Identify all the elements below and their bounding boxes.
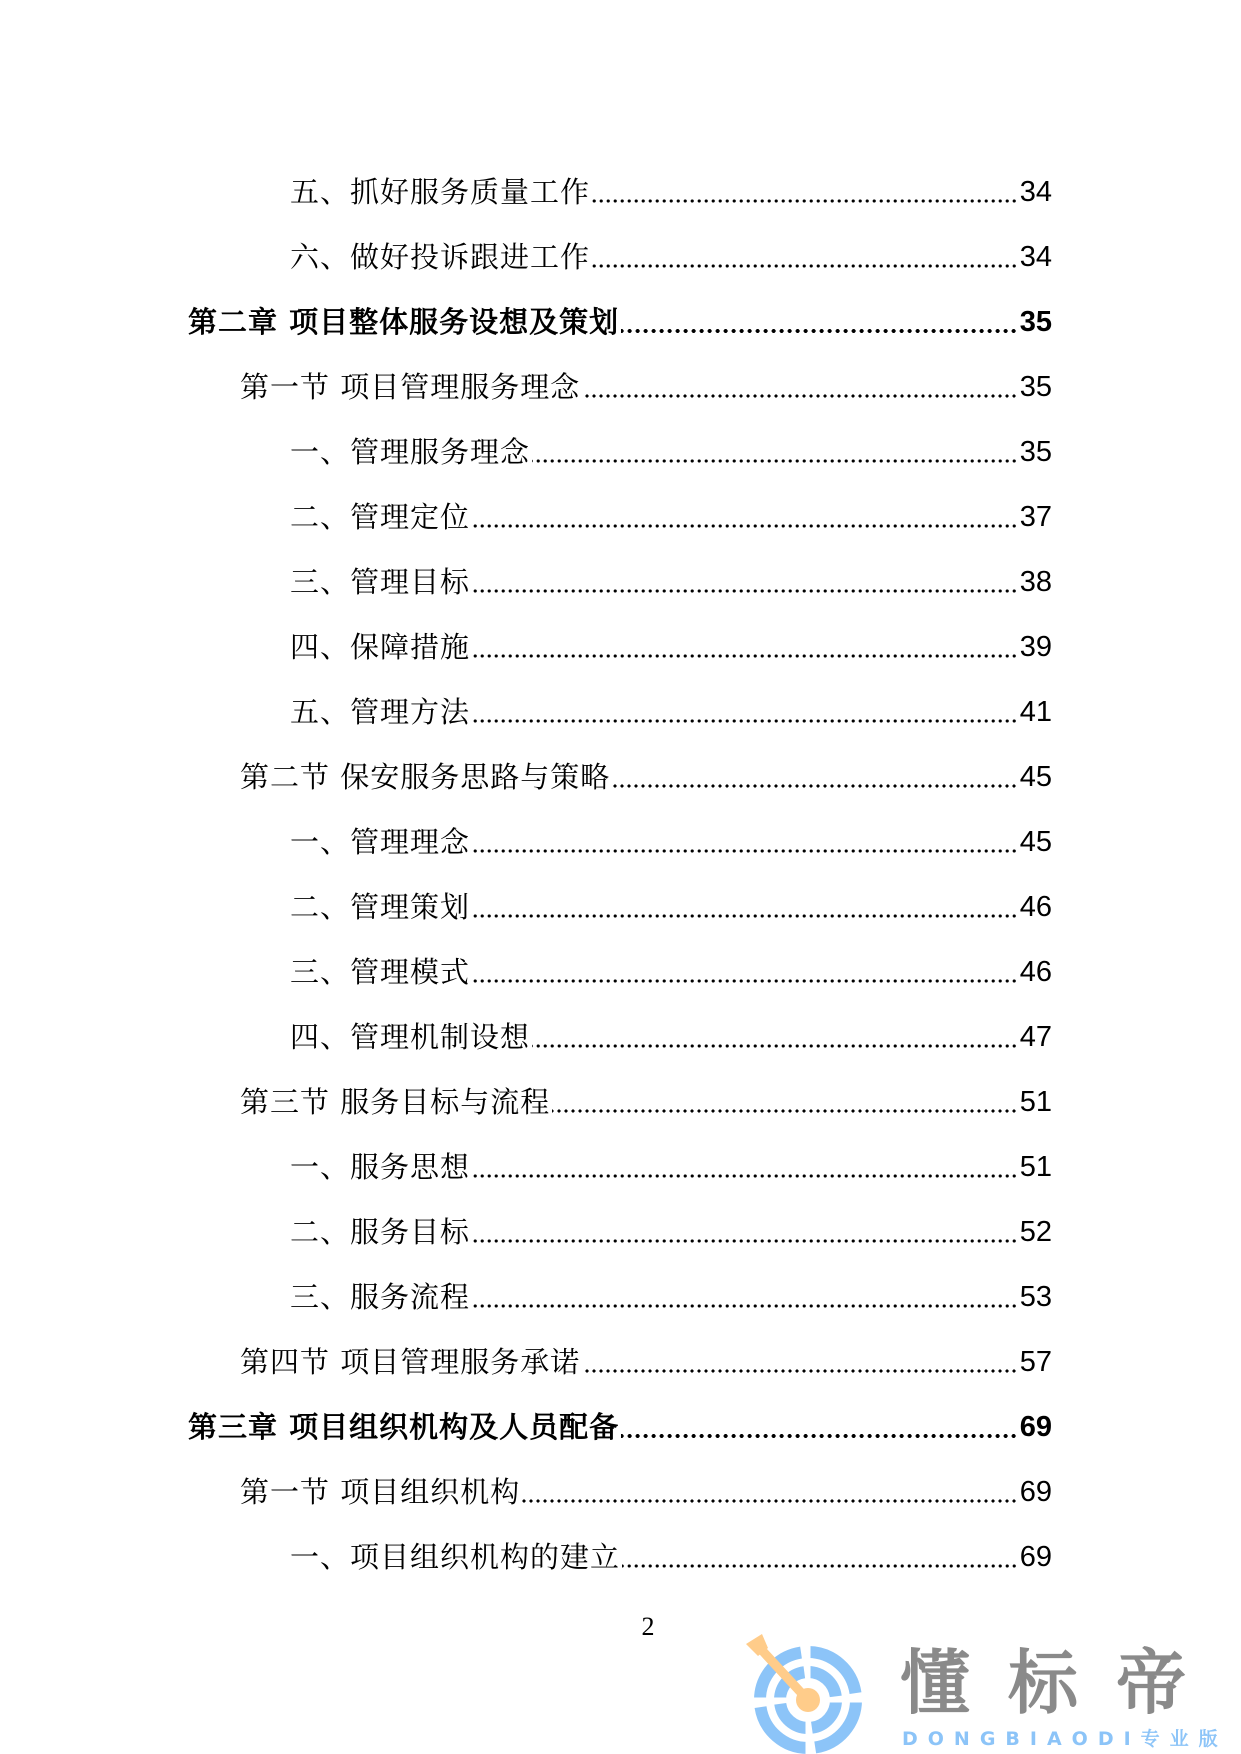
toc-entry-page: 34	[1020, 237, 1052, 277]
dot-leader	[582, 367, 1018, 407]
toc-entry-page: 69	[1020, 1537, 1052, 1577]
toc-entry-title: 第一节 项目管理服务理念	[240, 367, 580, 407]
toc-entry-title: 五、抓好服务质量工作	[290, 172, 590, 212]
dot-leader	[472, 1212, 1018, 1252]
toc-entry[interactable]: 二、管理策划 46	[290, 887, 1052, 927]
toc-section-entry[interactable]: 第一节 项目组织机构 69	[240, 1472, 1052, 1512]
toc-section-entry[interactable]: 第一节 项目管理服务理念 35	[240, 367, 1052, 407]
dot-leader	[621, 302, 1018, 342]
toc-entry[interactable]: 一、管理服务理念 35	[290, 432, 1052, 472]
watermark-subtitle: DONGBIAODI专业版	[902, 1728, 1228, 1750]
toc-entry-title: 第二章 项目整体服务设想及策划	[188, 302, 619, 342]
toc-entry-page: 39	[1020, 627, 1052, 667]
watermark-brand: 懂标帝	[900, 1644, 1224, 1722]
toc-entry-title: 一、管理理念	[290, 822, 470, 862]
dot-leader	[522, 1472, 1018, 1512]
dot-leader	[592, 172, 1018, 212]
toc-entry-page: 69	[1020, 1472, 1052, 1512]
target-arrow-icon	[740, 1630, 880, 1754]
dot-leader	[552, 1082, 1018, 1122]
toc-entry[interactable]: 六、做好投诉跟进工作 34	[290, 237, 1052, 277]
toc-entry-title: 三、服务流程	[290, 1277, 470, 1317]
toc-entry-title: 一、服务思想	[290, 1147, 470, 1187]
toc-entry-title: 二、管理策划	[290, 887, 470, 927]
toc-entry-page: 51	[1020, 1147, 1052, 1187]
toc-section-entry[interactable]: 第二节 保安服务思路与策略 45	[240, 757, 1052, 797]
dot-leader	[621, 1407, 1018, 1447]
toc-entry-title: 三、管理模式	[290, 952, 470, 992]
toc-entry[interactable]: 四、保障措施 39	[290, 627, 1052, 667]
toc-entry[interactable]: 三、管理模式 46	[290, 952, 1052, 992]
toc-entry-title: 二、服务目标	[290, 1212, 470, 1252]
toc-entry-page: 51	[1020, 1082, 1052, 1122]
toc-entry-page: 35	[1020, 367, 1052, 407]
toc-entry[interactable]: 一、管理理念 45	[290, 822, 1052, 862]
toc-entry-page: 46	[1020, 887, 1052, 927]
dot-leader	[622, 1537, 1018, 1577]
toc-entry-title: 四、管理机制设想	[290, 1017, 530, 1057]
toc-entry-title: 二、管理定位	[290, 497, 470, 537]
toc-entry-page: 46	[1020, 952, 1052, 992]
toc-entry[interactable]: 三、管理目标 38	[290, 562, 1052, 602]
toc-entry[interactable]: 四、管理机制设想 47	[290, 1017, 1052, 1057]
toc-entry-page: 35	[1020, 302, 1052, 342]
dot-leader	[472, 627, 1018, 667]
dot-leader	[592, 237, 1018, 277]
toc-section-entry[interactable]: 第三节 服务目标与流程 51	[240, 1082, 1052, 1122]
dot-leader	[532, 432, 1018, 472]
toc-entry-page: 69	[1020, 1407, 1052, 1447]
dot-leader	[472, 497, 1018, 537]
toc-entry[interactable]: 二、管理定位 37	[290, 497, 1052, 537]
toc-entry-page: 41	[1020, 692, 1052, 732]
toc-chapter-entry[interactable]: 第二章 项目整体服务设想及策划 35	[188, 302, 1052, 342]
document-page: 五、抓好服务质量工作 34 六、做好投诉跟进工作 34 第二章 项目整体服务设想…	[0, 0, 1241, 1754]
toc-entry-title: 四、保障措施	[290, 627, 470, 667]
dot-leader	[472, 1277, 1018, 1317]
toc-entry-title: 六、做好投诉跟进工作	[290, 237, 590, 277]
toc-entry-page: 38	[1020, 562, 1052, 602]
toc-entry[interactable]: 三、服务流程 53	[290, 1277, 1052, 1317]
toc-entry-title: 第四节 项目管理服务承诺	[240, 1342, 580, 1382]
toc-section-entry[interactable]: 第四节 项目管理服务承诺 57	[240, 1342, 1052, 1382]
toc-entry-page: 45	[1020, 822, 1052, 862]
dot-leader	[472, 562, 1018, 602]
toc-entry-page: 37	[1020, 497, 1052, 537]
toc-entry-title: 一、项目组织机构的建立	[290, 1537, 620, 1577]
toc-entry-page: 53	[1020, 1277, 1052, 1317]
toc-entry-title: 第二节 保安服务思路与策略	[240, 757, 610, 797]
toc-entry-title: 第三章 项目组织机构及人员配备	[188, 1407, 619, 1447]
dot-leader	[472, 822, 1018, 862]
toc-entry-page: 45	[1020, 757, 1052, 797]
toc-entry-page: 52	[1020, 1212, 1052, 1252]
toc-entry-title: 三、管理目标	[290, 562, 470, 602]
toc-entry-page: 34	[1020, 172, 1052, 212]
toc-chapter-entry[interactable]: 第三章 项目组织机构及人员配备 69	[188, 1407, 1052, 1447]
toc-entry[interactable]: 五、抓好服务质量工作 34	[290, 172, 1052, 212]
dot-leader	[472, 887, 1018, 927]
toc-entry-page: 57	[1020, 1342, 1052, 1382]
dot-leader	[532, 1017, 1018, 1057]
watermark-logo: 懂标帝 DONGBIAODI专业版	[740, 1630, 1241, 1754]
toc-entry[interactable]: 一、项目组织机构的建立 69	[290, 1537, 1052, 1577]
dot-leader	[472, 692, 1018, 732]
toc-entry-page: 35	[1020, 432, 1052, 472]
toc-entry-title: 一、管理服务理念	[290, 432, 530, 472]
toc-entry[interactable]: 一、服务思想 51	[290, 1147, 1052, 1187]
toc-entry-title: 第三节 服务目标与流程	[240, 1082, 550, 1122]
toc-entry[interactable]: 二、服务目标 52	[290, 1212, 1052, 1252]
dot-leader	[472, 1147, 1018, 1187]
toc-entry[interactable]: 五、管理方法 41	[290, 692, 1052, 732]
toc-entry-title: 五、管理方法	[290, 692, 470, 732]
dot-leader	[582, 1342, 1018, 1382]
dot-leader	[612, 757, 1018, 797]
toc-entry-page: 47	[1020, 1017, 1052, 1057]
dot-leader	[472, 952, 1018, 992]
toc-entry-title: 第一节 项目组织机构	[240, 1472, 520, 1512]
